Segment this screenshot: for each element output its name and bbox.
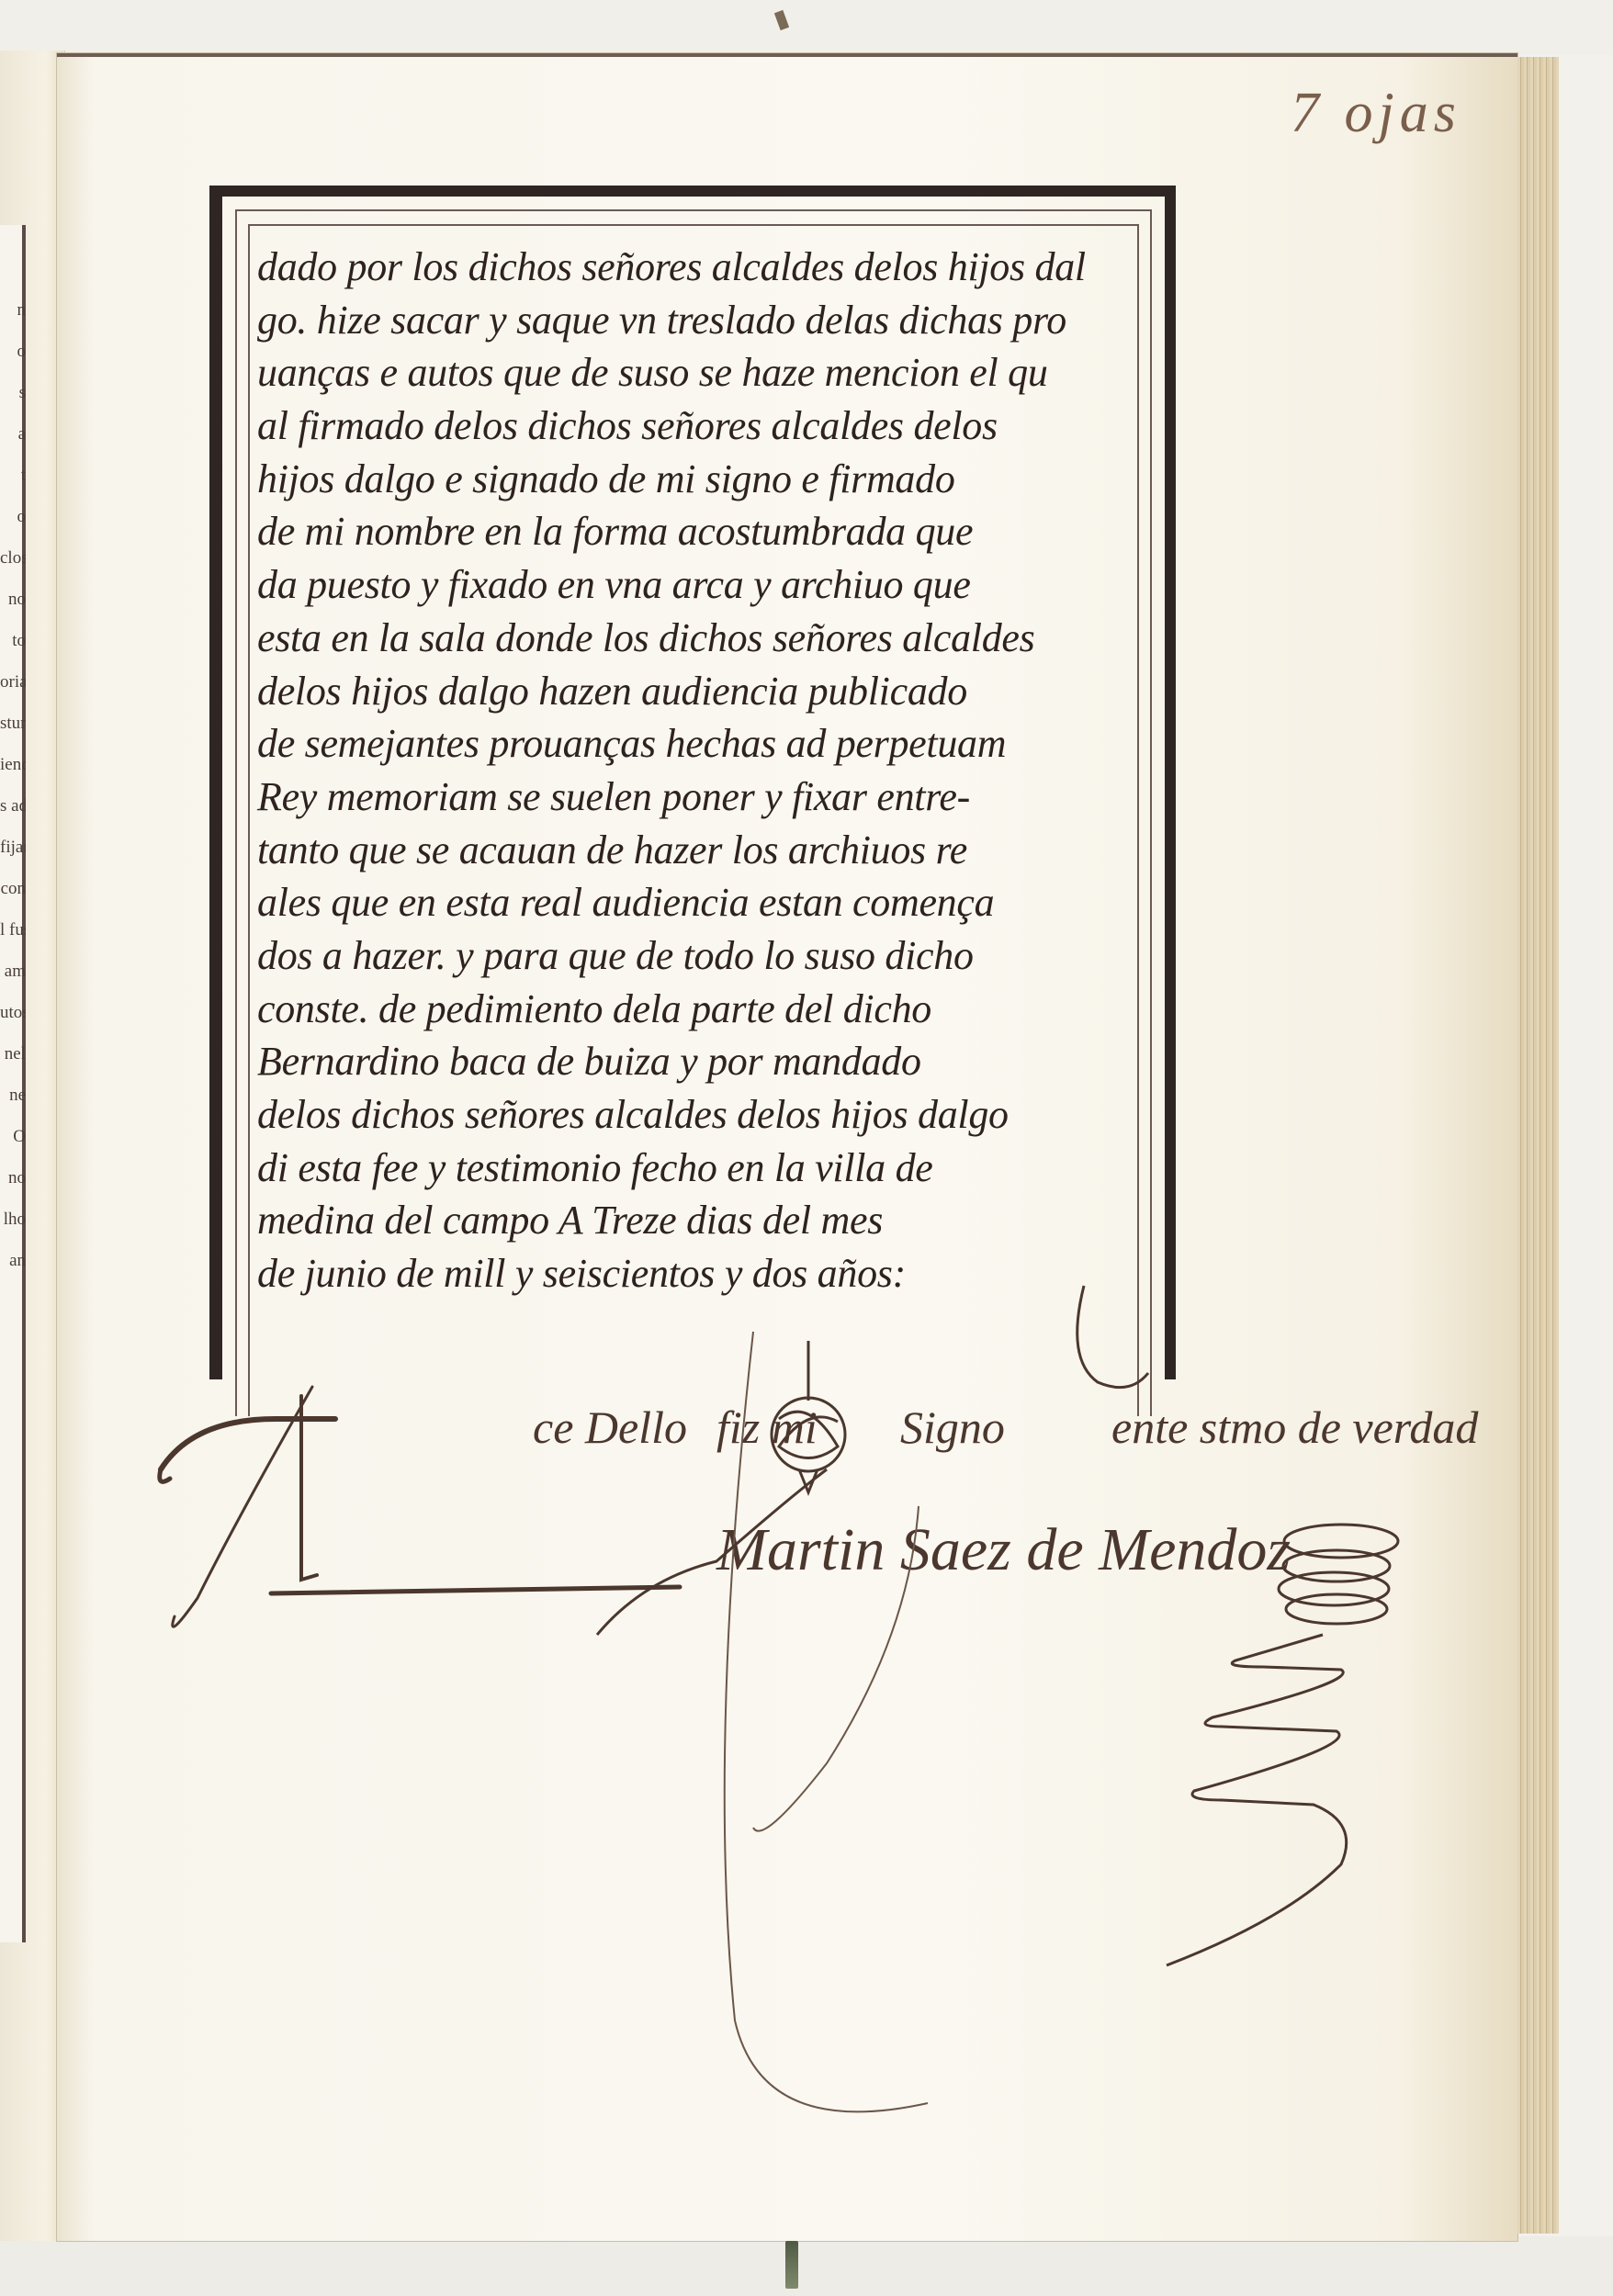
descender-stroke xyxy=(725,1332,928,2111)
ink-flourishes xyxy=(0,0,1613,2296)
signature-stroke xyxy=(753,1506,919,1831)
notarial-sign-icon xyxy=(772,1341,845,1492)
rubric-flourish-icon xyxy=(1167,1525,1398,1965)
bookmark-ribbon-bottom xyxy=(785,2241,798,2289)
final-n-flourish xyxy=(1077,1286,1148,1388)
signature-stroke xyxy=(597,1469,827,1635)
initial-flourish-icon xyxy=(160,1387,680,1626)
